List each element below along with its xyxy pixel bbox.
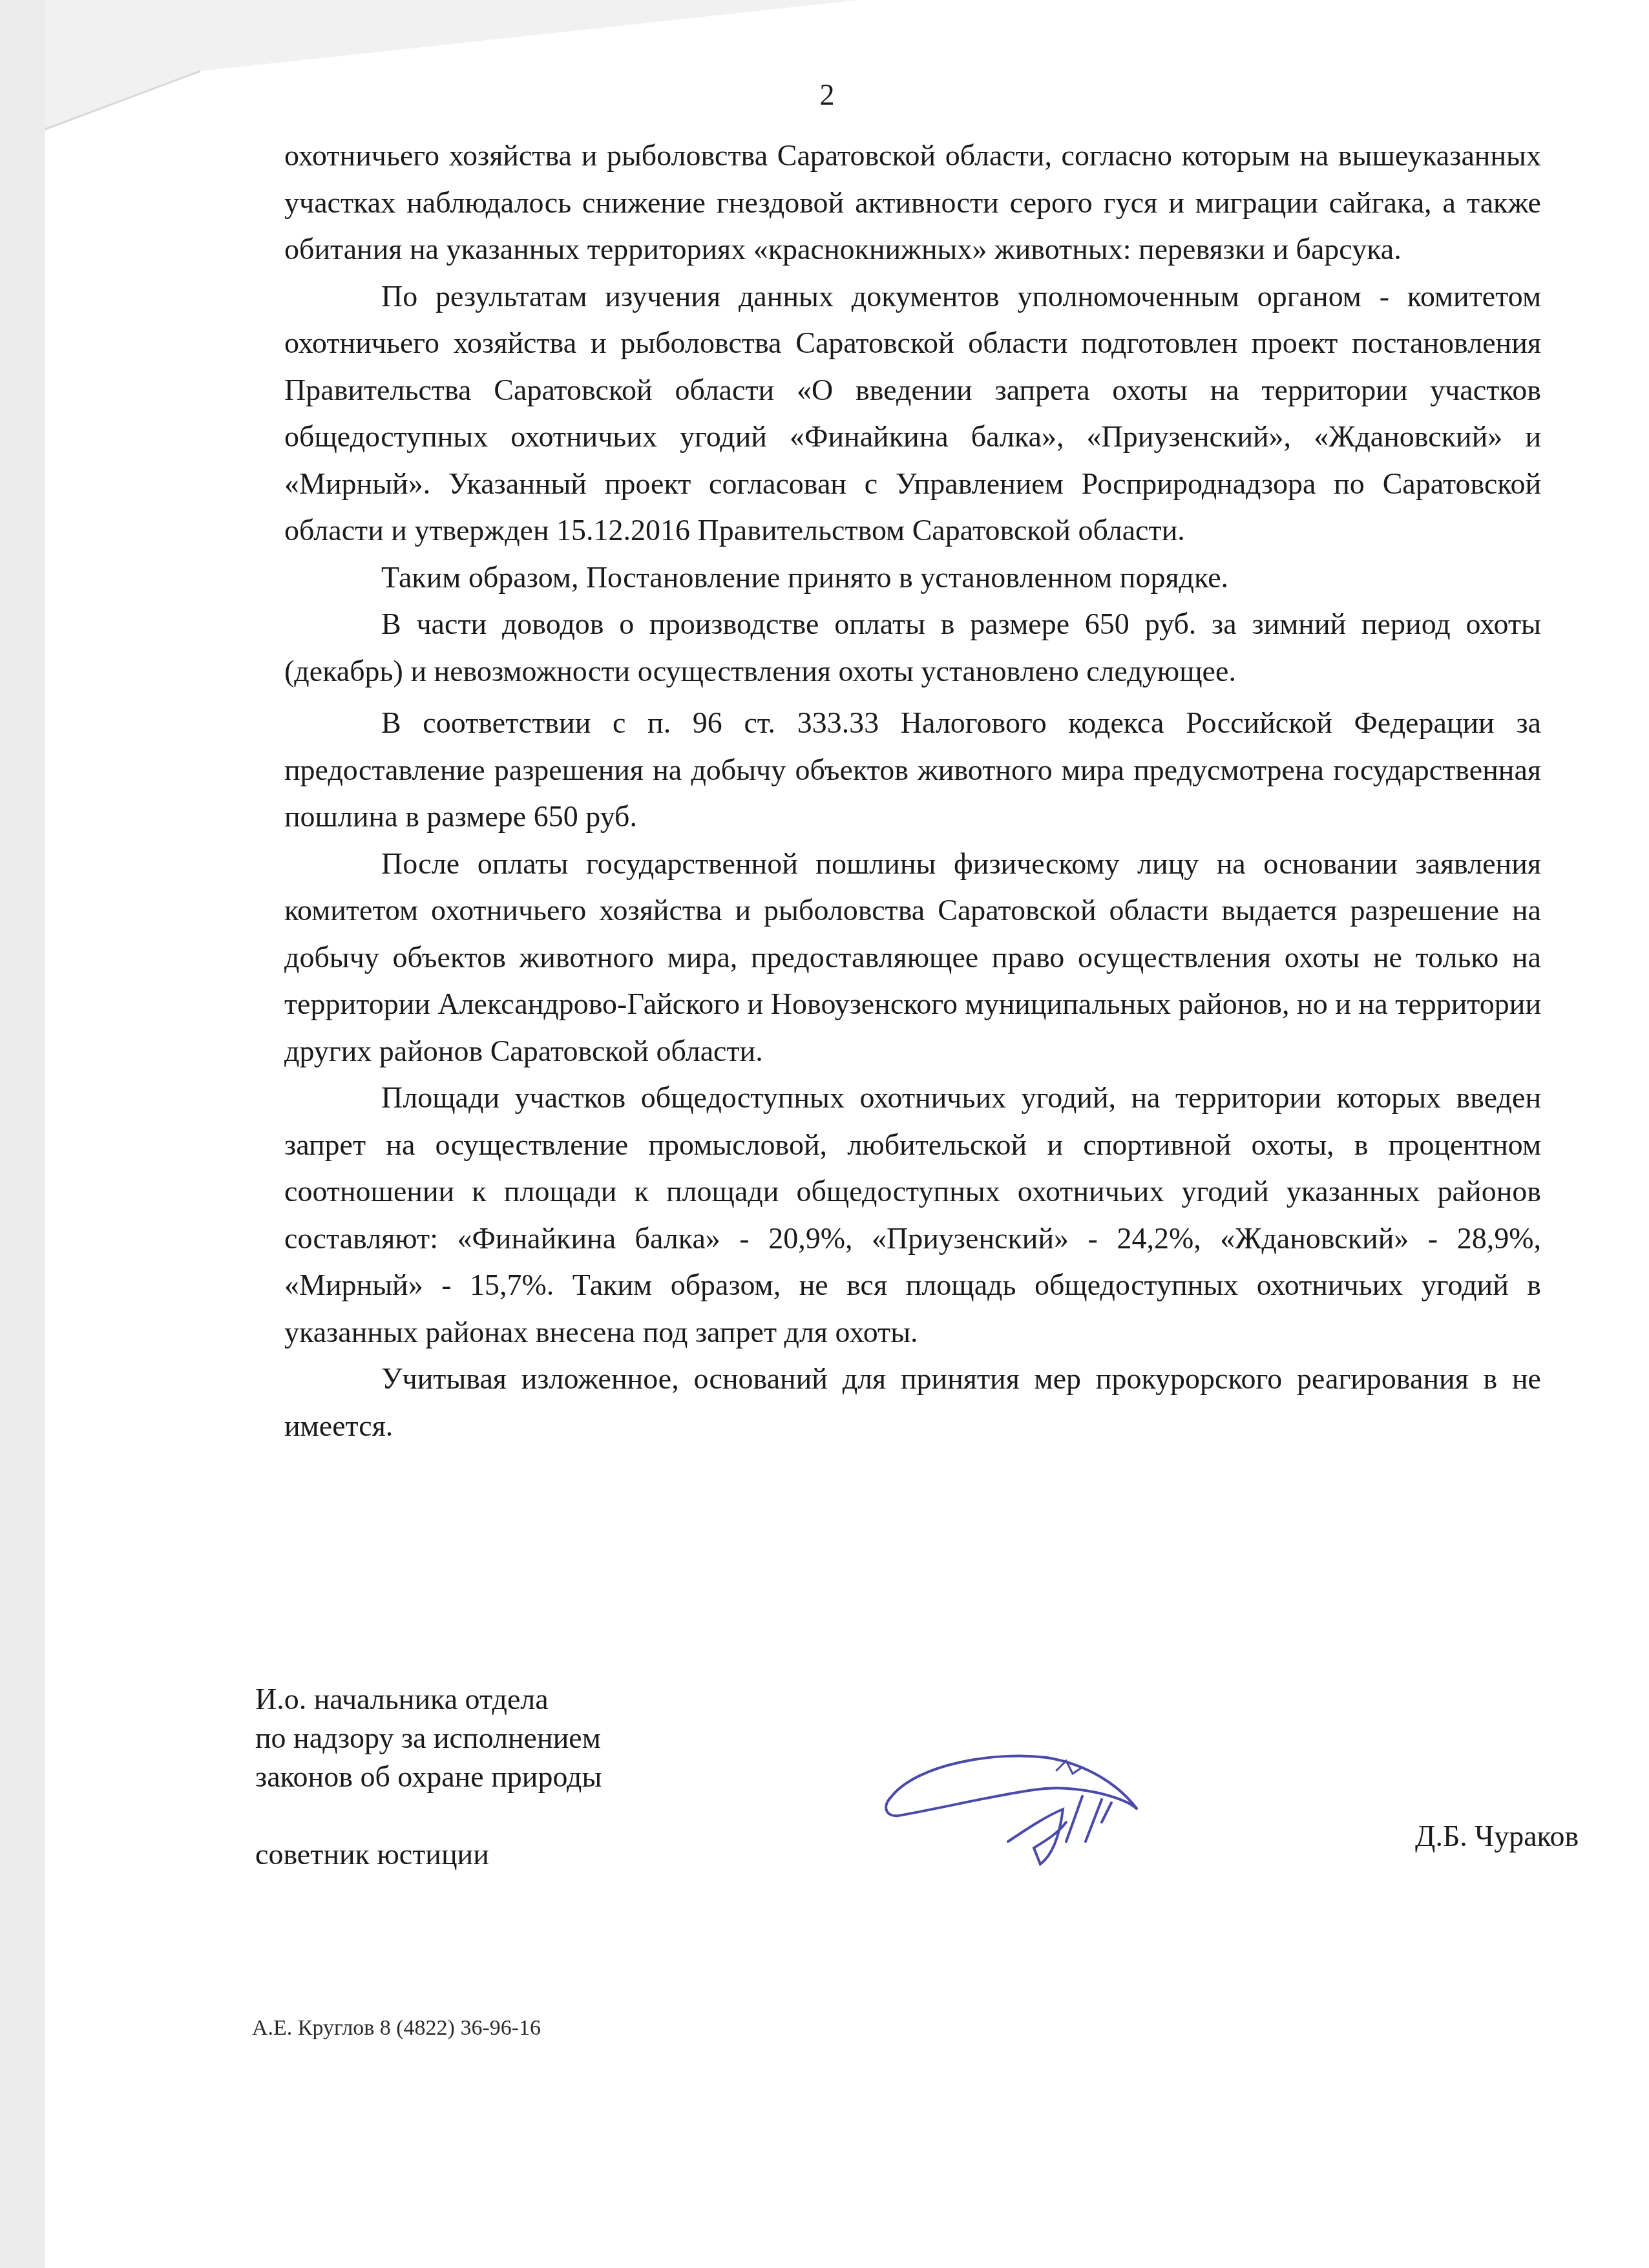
paragraph-4: В части доводов о производстве оплаты в … [284, 601, 1541, 695]
paragraph-3: Таким образом, Постановление принято в у… [284, 554, 1541, 602]
paragraph-6: После оплаты государственной пошлины физ… [284, 841, 1541, 1075]
paragraph-7: Площади участков общедоступных охотничьи… [284, 1075, 1541, 1356]
signature-block: И.о. начальника отдела по надзору за исп… [255, 1680, 602, 1874]
paragraph-8: Учитывая изложенное, оснований для приня… [284, 1356, 1541, 1449]
paragraph-5: В соответствии с п. 96 ст. 333.33 Налого… [284, 700, 1541, 841]
handwritten-signature-icon [879, 1745, 1176, 1867]
signer-position-line-1: И.о. начальника отдела [255, 1680, 602, 1719]
paragraph-1: охотничьего хозяйства и рыболовства Сара… [284, 132, 1541, 273]
signer-rank: советник юстиции [255, 1835, 602, 1874]
page-number: 2 [808, 78, 846, 112]
signer-name: Д.Б. Чураков [1415, 1819, 1579, 1853]
paragraph-2: По результатам изучения данных документо… [284, 273, 1541, 554]
letter-body: охотничьего хозяйства и рыболовства Сара… [284, 132, 1541, 1449]
contact-line: А.Е. Круглов 8 (4822) 36-96-16 [252, 2016, 541, 2041]
signer-position-line-2: по надзору за исполнением [255, 1719, 602, 1758]
signer-position-line-3: законов об охране природы [255, 1758, 602, 1796]
